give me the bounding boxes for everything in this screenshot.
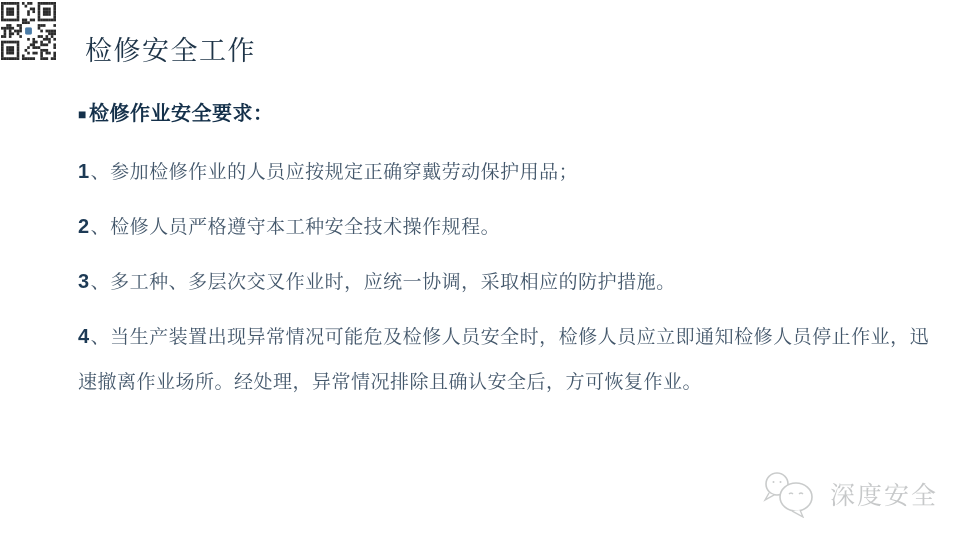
item-number: 4 [78,326,90,348]
section-heading-text: 检修作业安全要求： [89,103,274,125]
list-item-4: 4、当生产装置出现异常情况可能危及检修人员安全时，检修人员应立即通知检修人员停止… [78,325,953,395]
page-title: 检修安全工作 [85,36,256,66]
watermark-text: 深度安全 [830,476,938,512]
list-item-2: 2、检修人员严格遵守本工种安全技术操作规程。 [78,215,500,240]
list-item-3: 3、多工种、多层次交叉作业时，应统一协调，采取相应的防护措施。 [78,270,676,295]
list-item-1: 1、参加检修作业的人员应按规定正确穿戴劳动保护用品； [78,160,578,185]
item-text: 、检修人员严格遵守本工种安全技术操作规程。 [91,217,501,238]
chat-bubbles-icon [760,470,822,518]
section-heading: ■检修作业安全要求： [78,102,273,126]
square-bullet-icon: ■ [78,102,87,126]
watermark: 深度安全 [760,470,938,518]
item-number: 2 [78,216,90,238]
item-text-continuation: 速撤离作业场所。经处理，异常情况排除且确认安全后，方可恢复作业。 [78,371,953,395]
item-text: 、当生产装置出现异常情况可能危及检修人员安全时，检修人员应立即通知检修人员停止作… [91,327,930,348]
qr-code [1,2,56,60]
item-text: 、参加检修作业的人员应按规定正确穿戴劳动保护用品； [91,162,579,183]
slide: 检修安全工作 ■检修作业安全要求： 1、参加检修作业的人员应按规定正确穿戴劳动保… [0,0,960,540]
item-number: 3 [78,271,90,293]
item-text: 、多工种、多层次交叉作业时，应统一协调，采取相应的防护措施。 [91,272,676,293]
item-number: 1 [78,161,90,183]
